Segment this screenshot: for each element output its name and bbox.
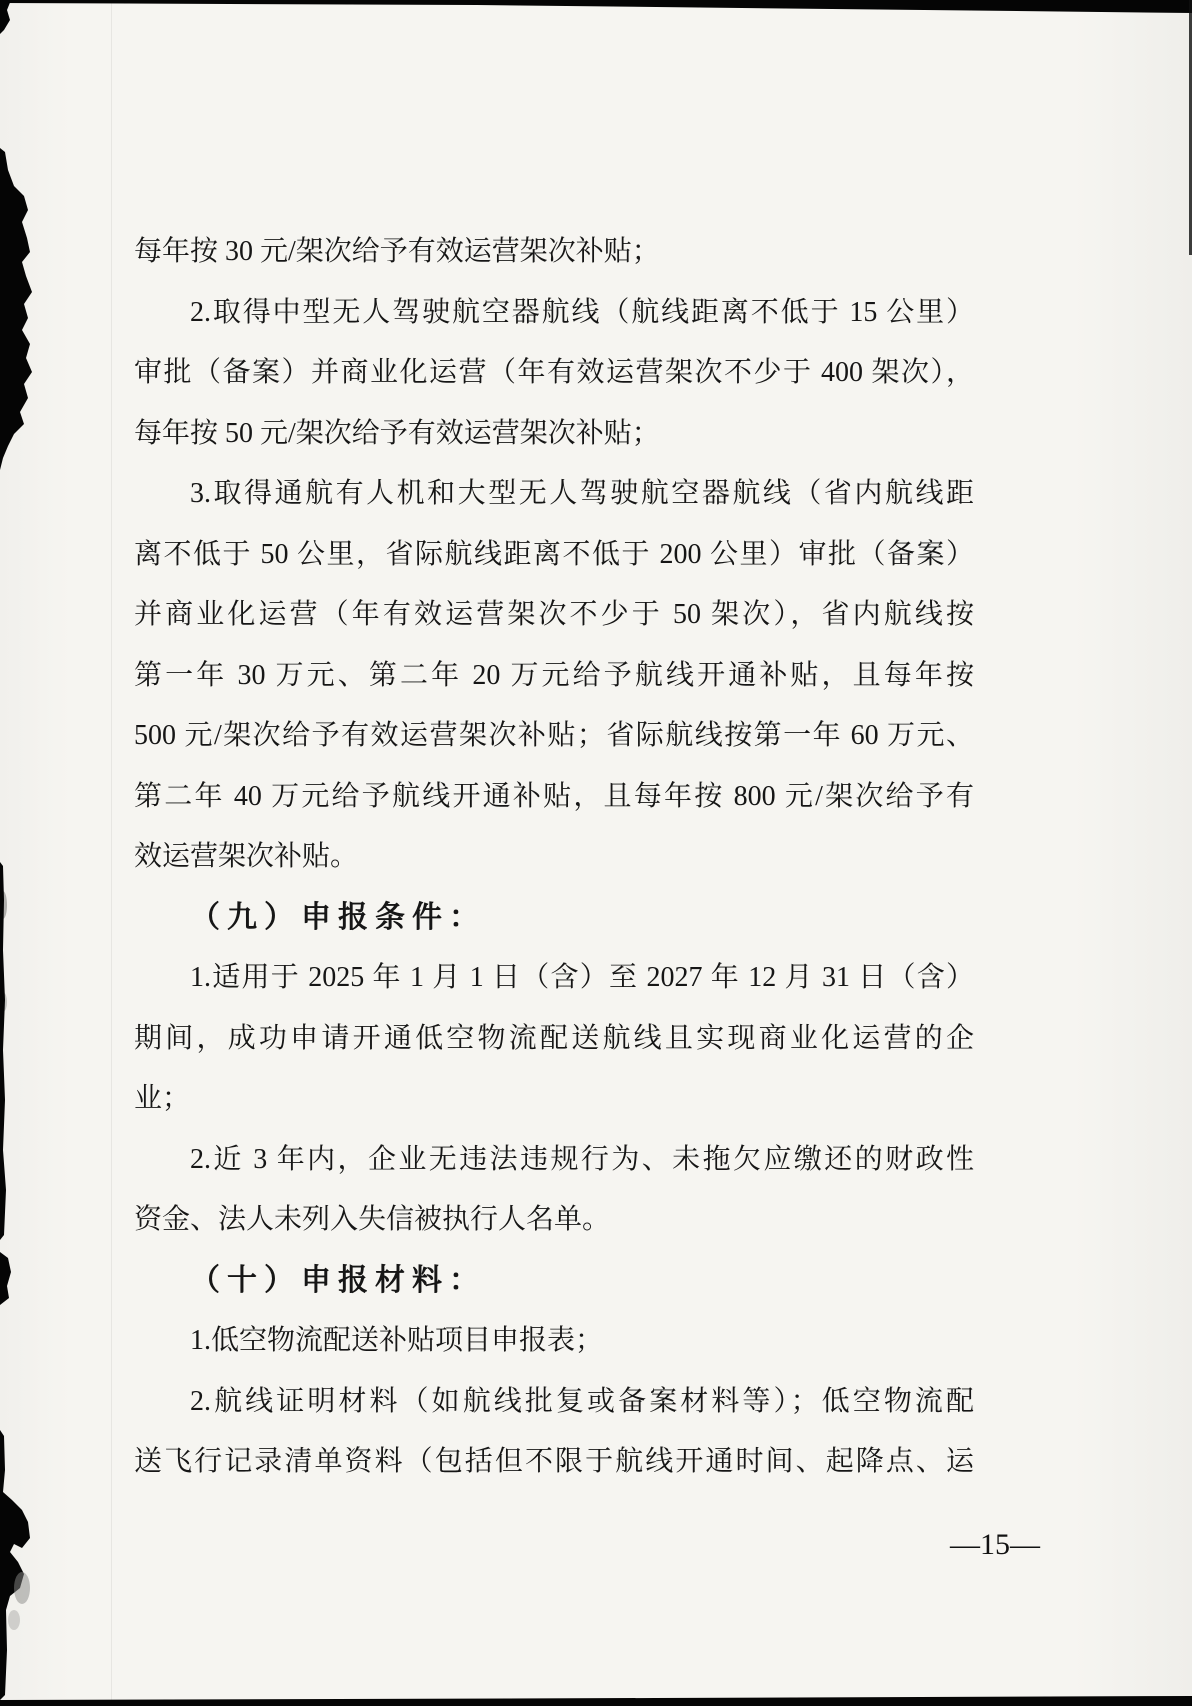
torn-strip-mid bbox=[0, 862, 6, 1240]
text-line: 第一年 30 万元、第二年 20 万元给予航线开通补贴，且每年按 bbox=[134, 646, 974, 707]
text-line: 2.近 3 年内，企业无违法违规行为、未拖欠应缴还的财政性 bbox=[134, 1130, 974, 1191]
text-line: 资金、法人未列入失信被执行人名单。 bbox=[134, 1190, 974, 1251]
text-line: 每年按 30 元/架次给予有效运营架次补贴； bbox=[134, 222, 974, 283]
text-line: 500 元/架次给予有效运营架次补贴；省际航线按第一年 60 万元、 bbox=[134, 706, 974, 767]
torn-blob-mid bbox=[0, 1252, 11, 1305]
torn-blob-upper bbox=[0, 148, 32, 470]
text-line: 期间，成功申请开通低空物流配送航线且实现商业化运营的企 bbox=[134, 1009, 974, 1070]
torn-strip-bottom bbox=[0, 1430, 30, 1700]
text-line: 离不低于 50 公里，省际航线距离不低于 200 公里）审批（备案） bbox=[134, 525, 974, 586]
page-number: —15— bbox=[950, 1528, 1040, 1562]
text-line: 效运营架次补贴。 bbox=[134, 827, 974, 888]
scanned-document-page: 每年按 30 元/架次给予有效运营架次补贴；2.取得中型无人驾驶航空器航线（航线… bbox=[0, 0, 1192, 1706]
text-line: （九）申报条件： bbox=[134, 888, 974, 949]
text-line: 1.低空物流配送补贴项目申报表； bbox=[134, 1311, 974, 1372]
document-body: 每年按 30 元/架次给予有效运营架次补贴；2.取得中型无人驾驶航空器航线（航线… bbox=[134, 222, 974, 1493]
text-line: 1.适用于 2025 年 1 月 1 日（含）至 2027 年 12 月 31 … bbox=[134, 948, 974, 1009]
torn-paper-artifacts bbox=[0, 0, 40, 1706]
smudge-bottom-1 bbox=[14, 1572, 30, 1604]
text-line: （十）申报材料： bbox=[134, 1251, 974, 1312]
smudge-bottom-2 bbox=[8, 1610, 20, 1630]
torn-mark-top-corner bbox=[0, 0, 11, 34]
text-line: 每年按 50 元/架次给予有效运营架次补贴； bbox=[134, 404, 974, 465]
text-line: 第二年 40 万元给予航线开通补贴，且每年按 800 元/架次给予有 bbox=[134, 767, 974, 828]
scan-top-edge-bar bbox=[0, 0, 1192, 15]
text-line: 送飞行记录清单资料（包括但不限于航线开通时间、起降点、运 bbox=[134, 1432, 974, 1493]
text-line: 审批（备案）并商业化运营（年有效运营架次不少于 400 架次）， bbox=[134, 343, 974, 404]
scan-bottom-edge-bar bbox=[0, 1696, 1192, 1706]
text-line: 2.航线证明材料（如航线批复或备案材料等）；低空物流配 bbox=[134, 1372, 974, 1433]
text-line: 3.取得通航有人机和大型无人驾驶航空器航线（省内航线距 bbox=[134, 464, 974, 525]
text-line: 并商业化运营（年有效运营架次不少于 50 架次），省内航线按 bbox=[134, 585, 974, 646]
scan-crease-line bbox=[111, 0, 112, 1706]
text-line: 业； bbox=[134, 1069, 974, 1130]
text-line: 2.取得中型无人驾驶航空器航线（航线距离不低于 15 公里） bbox=[134, 283, 974, 344]
